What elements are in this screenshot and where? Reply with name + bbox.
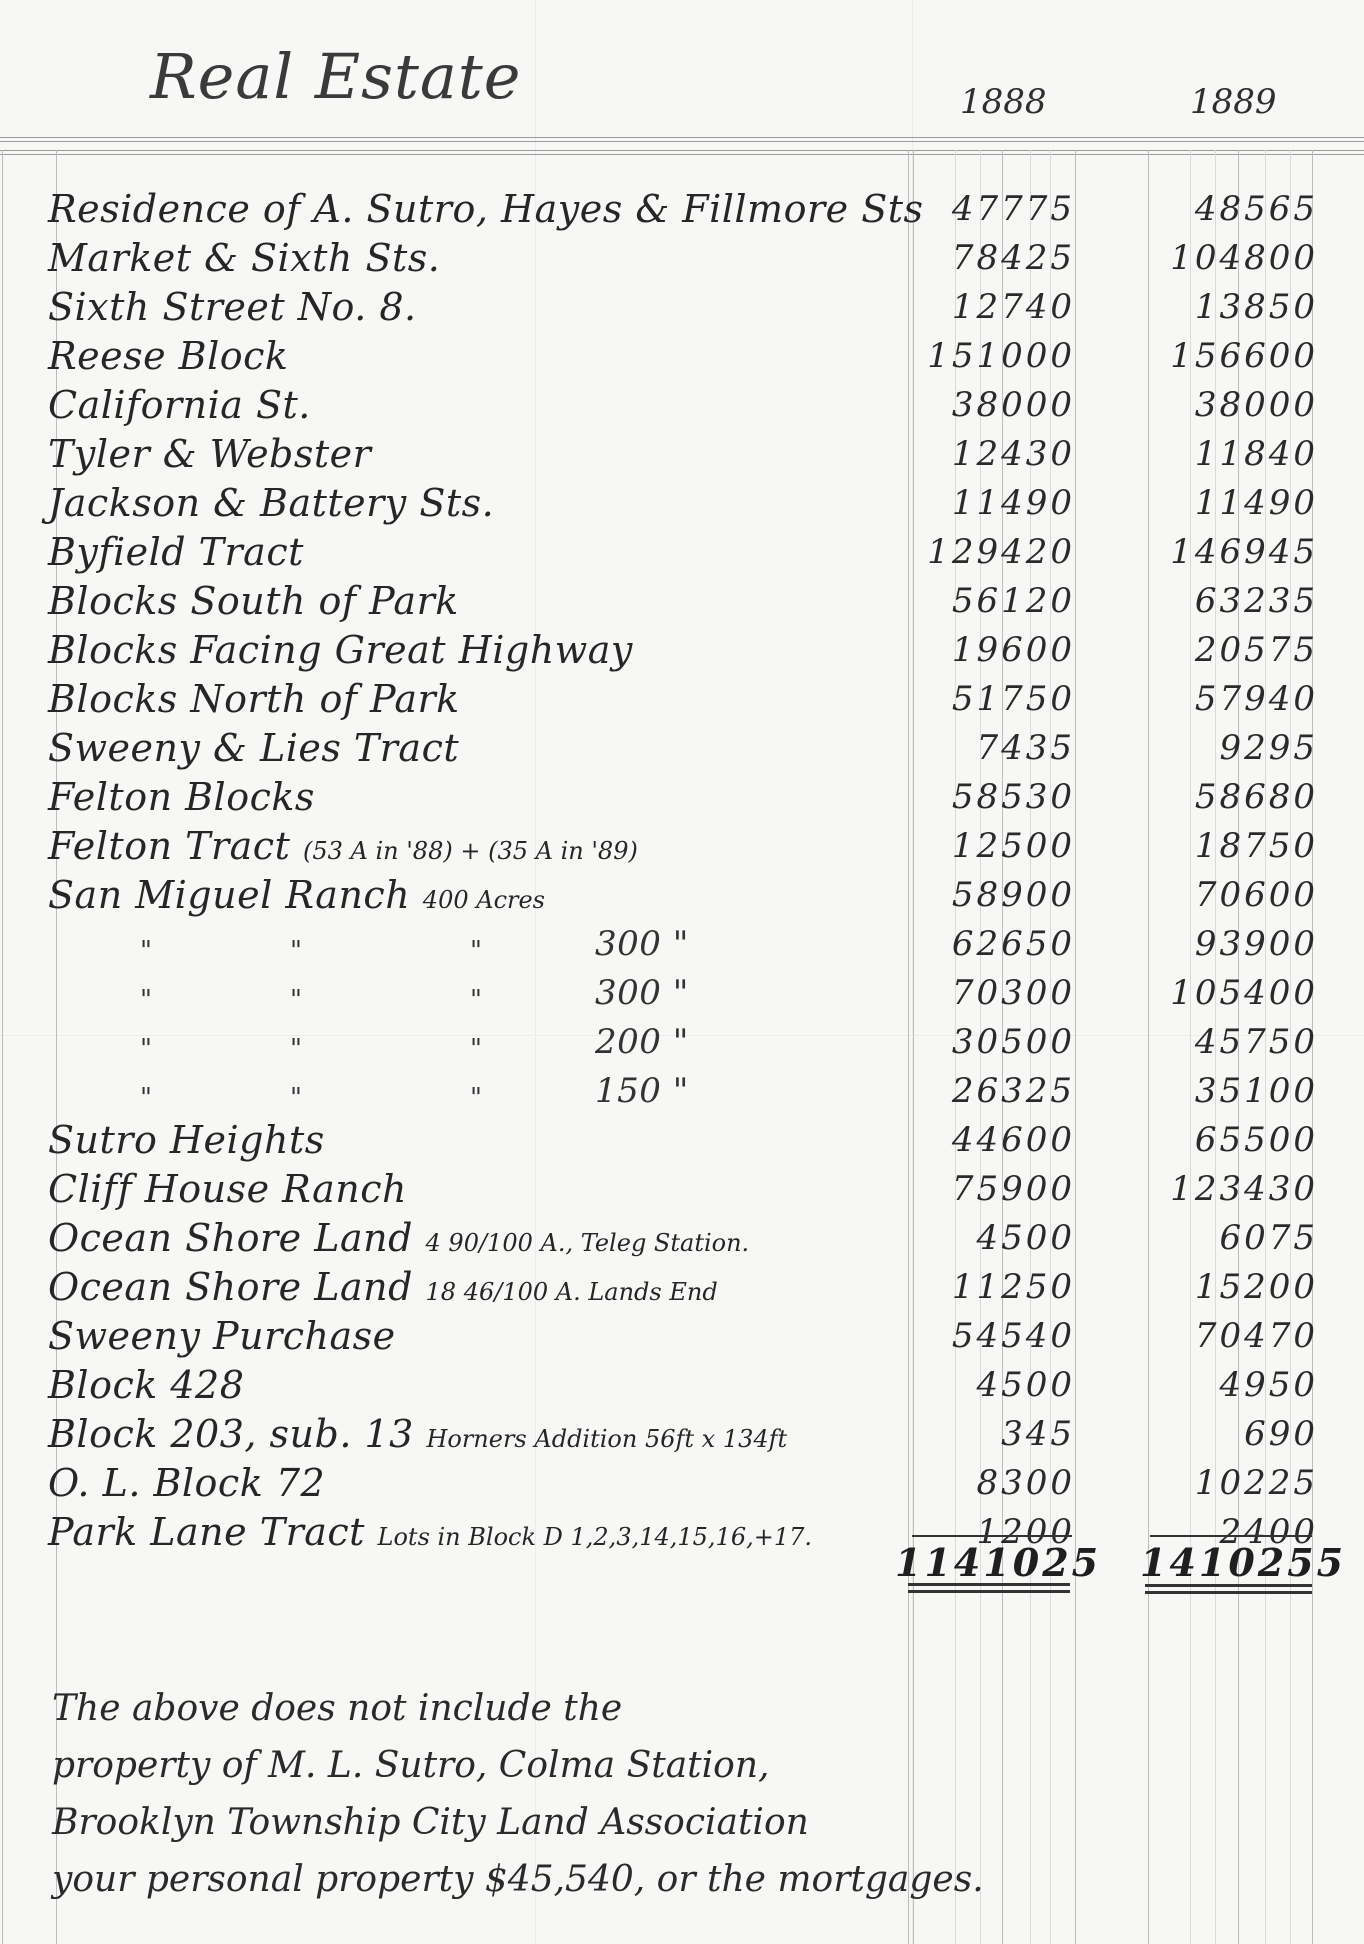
table-row: Cliff House Ranch75900123430: [0, 1165, 1364, 1214]
table-row: Byfield Tract129420146945: [0, 528, 1364, 577]
header-rule: [0, 137, 1364, 138]
acreage-note: 200 ": [595, 1022, 689, 1062]
table-row: """200 "3050045750: [0, 1018, 1364, 1067]
value-1888: 4500: [915, 1365, 1075, 1405]
property-description: Block 428: [48, 1363, 244, 1407]
value-1889: 18750: [1158, 826, 1318, 866]
value-1888: 58530: [915, 777, 1075, 817]
value-1889: 65500: [1158, 1120, 1318, 1160]
property-name: Sutro Heights: [48, 1118, 325, 1162]
property-name: Ocean Shore Land: [48, 1216, 413, 1260]
value-1888: 11490: [915, 483, 1075, 523]
ditto-mark: ": [290, 1034, 302, 1064]
property-description: Jackson & Battery Sts.: [48, 481, 494, 525]
property-description: Ocean Shore Land 18 46/100 A. Lands End: [48, 1265, 718, 1309]
table-row: Block 203, sub. 13 Horners Addition 56ft…: [0, 1410, 1364, 1459]
property-description: Block 203, sub. 13 Horners Addition 56ft…: [48, 1412, 787, 1456]
value-1888: 26325: [915, 1071, 1075, 1111]
value-1888: 47775: [915, 189, 1075, 229]
value-1888: 38000: [915, 385, 1075, 425]
value-1888: 51750: [915, 679, 1075, 719]
property-description: Tyler & Webster: [48, 432, 371, 476]
table-row: O. L. Block 72830010225: [0, 1459, 1364, 1508]
ditto-mark: ": [470, 1083, 482, 1113]
ditto-mark: ": [140, 985, 152, 1015]
value-1888: 8300: [915, 1463, 1075, 1503]
table-row: Sixth Street No. 8.1274013850: [0, 283, 1364, 332]
property-description: Reese Block: [48, 334, 288, 378]
value-1888: 12430: [915, 434, 1075, 474]
property-name: Block 203, sub. 13: [48, 1412, 414, 1456]
value-1888: 4500: [915, 1218, 1075, 1258]
table-row: Sweeny & Lies Tract74359295: [0, 724, 1364, 773]
column-header-1889: 1889: [1190, 82, 1277, 122]
value-1889: 6075: [1158, 1218, 1318, 1258]
value-1888: 129420: [915, 532, 1075, 572]
property-name: O. L. Block 72: [48, 1461, 325, 1505]
property-note: 400 Acres: [423, 886, 545, 914]
value-1888: 70300: [915, 973, 1075, 1013]
value-1889: 104800: [1158, 238, 1318, 278]
property-name: Felton Blocks: [48, 775, 315, 819]
property-name: Blocks South of Park: [48, 579, 459, 623]
table-row: Ocean Shore Land 18 46/100 A. Lands End1…: [0, 1263, 1364, 1312]
footnote-line: property of M. L. Sutro, Colma Station,: [52, 1737, 932, 1794]
property-name: Sweeny & Lies Tract: [48, 726, 459, 770]
double-underline: [1145, 1584, 1312, 1587]
property-name: Sixth Street No. 8.: [48, 285, 417, 329]
value-1889: 93900: [1158, 924, 1318, 964]
value-1888: 7435: [915, 728, 1075, 768]
value-1888: 12740: [915, 287, 1075, 327]
value-1889: 105400: [1158, 973, 1318, 1013]
ditto-mark: ": [470, 1034, 482, 1064]
value-1888: 75900: [915, 1169, 1075, 1209]
value-1889: 123430: [1158, 1169, 1318, 1209]
value-1888: 12500: [915, 826, 1075, 866]
value-1888: 62650: [915, 924, 1075, 964]
table-row: """150 "2632535100: [0, 1067, 1364, 1116]
property-name: Reese Block: [48, 334, 288, 378]
acreage-note: 300 ": [595, 973, 689, 1013]
property-note: (53 A in '88) + (35 A in '89): [303, 837, 638, 865]
total-1888: 1141025: [895, 1540, 1075, 1585]
table-row: """300 "6265093900: [0, 920, 1364, 969]
acreage-note: 300 ": [595, 924, 689, 964]
table-row: Sweeny Purchase5454070470: [0, 1312, 1364, 1361]
double-underline: [908, 1583, 1070, 1586]
value-1889: 48565: [1158, 189, 1318, 229]
property-name: Byfield Tract: [48, 530, 304, 574]
ditto-mark: ": [140, 1083, 152, 1113]
property-description: Sutro Heights: [48, 1118, 325, 1162]
ditto-mark: ": [140, 936, 152, 966]
value-1888: 58900: [915, 875, 1075, 915]
value-1888: 19600: [915, 630, 1075, 670]
column-header-1888: 1888: [960, 82, 1047, 122]
table-row: Blocks North of Park5175057940: [0, 675, 1364, 724]
ditto-mark: ": [290, 1083, 302, 1113]
property-description: Market & Sixth Sts.: [48, 236, 440, 280]
property-description: Residence of A. Sutro, Hayes & Fillmore …: [48, 187, 924, 231]
property-description: Sweeny & Lies Tract: [48, 726, 459, 770]
table-row: Tyler & Webster1243011840: [0, 430, 1364, 479]
property-name: Residence of A. Sutro, Hayes & Fillmore …: [48, 187, 924, 231]
sum-rule: [912, 1535, 1072, 1537]
table-row: Felton Blocks5853058680: [0, 773, 1364, 822]
footnote-line: The above does not include the: [52, 1680, 932, 1737]
value-1889: 57940: [1158, 679, 1318, 719]
footnote-line: your personal property $45,540, or the m…: [52, 1851, 932, 1908]
value-1889: 35100: [1158, 1071, 1318, 1111]
value-1888: 151000: [915, 336, 1075, 376]
acreage-note: 150 ": [595, 1071, 689, 1111]
property-name: Cliff House Ranch: [48, 1167, 407, 1211]
total-1889: 1410255: [1140, 1540, 1320, 1585]
totals-row: 1141025 1410255: [0, 1540, 1364, 1590]
value-1889: 70470: [1158, 1316, 1318, 1356]
property-name: San Miguel Ranch: [48, 873, 410, 917]
property-description: California St.: [48, 383, 311, 427]
table-row: """300 "70300105400: [0, 969, 1364, 1018]
ditto-mark: ": [290, 985, 302, 1015]
footnote: The above does not include the property …: [52, 1680, 932, 1908]
property-name: Blocks North of Park: [48, 677, 460, 721]
page-title: Real Estate: [150, 40, 521, 113]
value-1888: 54540: [915, 1316, 1075, 1356]
ditto-mark: ": [470, 936, 482, 966]
table-row: Felton Tract (53 A in '88) + (35 A in '8…: [0, 822, 1364, 871]
value-1889: 4950: [1158, 1365, 1318, 1405]
table-row: Jackson & Battery Sts.1149011490: [0, 479, 1364, 528]
property-description: Felton Blocks: [48, 775, 315, 819]
value-1889: 13850: [1158, 287, 1318, 327]
value-1889: 11840: [1158, 434, 1318, 474]
property-description: Felton Tract (53 A in '88) + (35 A in '8…: [48, 824, 638, 868]
value-1889: 156600: [1158, 336, 1318, 376]
value-1889: 10225: [1158, 1463, 1318, 1503]
table-row: Sutro Heights4460065500: [0, 1116, 1364, 1165]
property-description: Blocks North of Park: [48, 677, 460, 721]
property-note: Horners Addition 56ft x 134ft: [426, 1425, 787, 1453]
value-1889: 58680: [1158, 777, 1318, 817]
property-description: Blocks Facing Great Highway: [48, 628, 633, 672]
property-name: California St.: [48, 383, 311, 427]
property-description: O. L. Block 72: [48, 1461, 325, 1505]
table-row: Blocks Facing Great Highway1960020575: [0, 626, 1364, 675]
table-row: Market & Sixth Sts.78425104800: [0, 234, 1364, 283]
property-description: Byfield Tract: [48, 530, 304, 574]
header-rule: [0, 141, 1364, 142]
value-1888: 56120: [915, 581, 1075, 621]
property-description: San Miguel Ranch 400 Acres: [48, 873, 545, 917]
sum-rule: [1150, 1535, 1312, 1537]
table-row: San Miguel Ranch 400 Acres5890070600: [0, 871, 1364, 920]
property-name: Market & Sixth Sts.: [48, 236, 440, 280]
property-description: Blocks South of Park: [48, 579, 459, 623]
property-name: Block 428: [48, 1363, 244, 1407]
value-1888: 345: [915, 1414, 1075, 1454]
value-1889: 146945: [1158, 532, 1318, 572]
value-1888: 30500: [915, 1022, 1075, 1062]
value-1889: 45750: [1158, 1022, 1318, 1062]
value-1889: 20575: [1158, 630, 1318, 670]
ditto-mark: ": [470, 985, 482, 1015]
value-1889: 70600: [1158, 875, 1318, 915]
ditto-mark: ": [290, 936, 302, 966]
double-underline: [1145, 1591, 1312, 1594]
table-row: Block 42845004950: [0, 1361, 1364, 1410]
value-1888: 78425: [915, 238, 1075, 278]
value-1889: 63235: [1158, 581, 1318, 621]
property-description: Cliff House Ranch: [48, 1167, 407, 1211]
property-name: Jackson & Battery Sts.: [48, 481, 494, 525]
value-1889: 11490: [1158, 483, 1318, 523]
value-1888: 44600: [915, 1120, 1075, 1160]
property-name: Tyler & Webster: [48, 432, 371, 476]
double-underline: [908, 1590, 1070, 1593]
ditto-mark: ": [140, 1034, 152, 1064]
footnote-line: Brooklyn Township City Land Association: [52, 1794, 932, 1851]
property-name: Blocks Facing Great Highway: [48, 628, 633, 672]
value-1889: 38000: [1158, 385, 1318, 425]
value-1888: 11250: [915, 1267, 1075, 1307]
table-row: Blocks South of Park5612063235: [0, 577, 1364, 626]
value-1889: 15200: [1158, 1267, 1318, 1307]
header-rule: [0, 154, 1364, 155]
property-name: Felton Tract: [48, 824, 290, 868]
value-1889: 690: [1158, 1414, 1318, 1454]
table-row: Reese Block151000156600: [0, 332, 1364, 381]
property-note: 18 46/100 A. Lands End: [426, 1278, 718, 1306]
table-row: Residence of A. Sutro, Hayes & Fillmore …: [0, 185, 1364, 234]
header-rule: [0, 150, 1364, 151]
value-1889: 9295: [1158, 728, 1318, 768]
property-description: Sweeny Purchase: [48, 1314, 396, 1358]
table-row: California St.3800038000: [0, 381, 1364, 430]
property-name: Sweeny Purchase: [48, 1314, 396, 1358]
table-row: Ocean Shore Land 4 90/100 A., Teleg Stat…: [0, 1214, 1364, 1263]
property-description: Ocean Shore Land 4 90/100 A., Teleg Stat…: [48, 1216, 749, 1260]
property-note: 4 90/100 A., Teleg Station.: [426, 1229, 750, 1257]
property-name: Ocean Shore Land: [48, 1265, 413, 1309]
property-description: Sixth Street No. 8.: [48, 285, 417, 329]
